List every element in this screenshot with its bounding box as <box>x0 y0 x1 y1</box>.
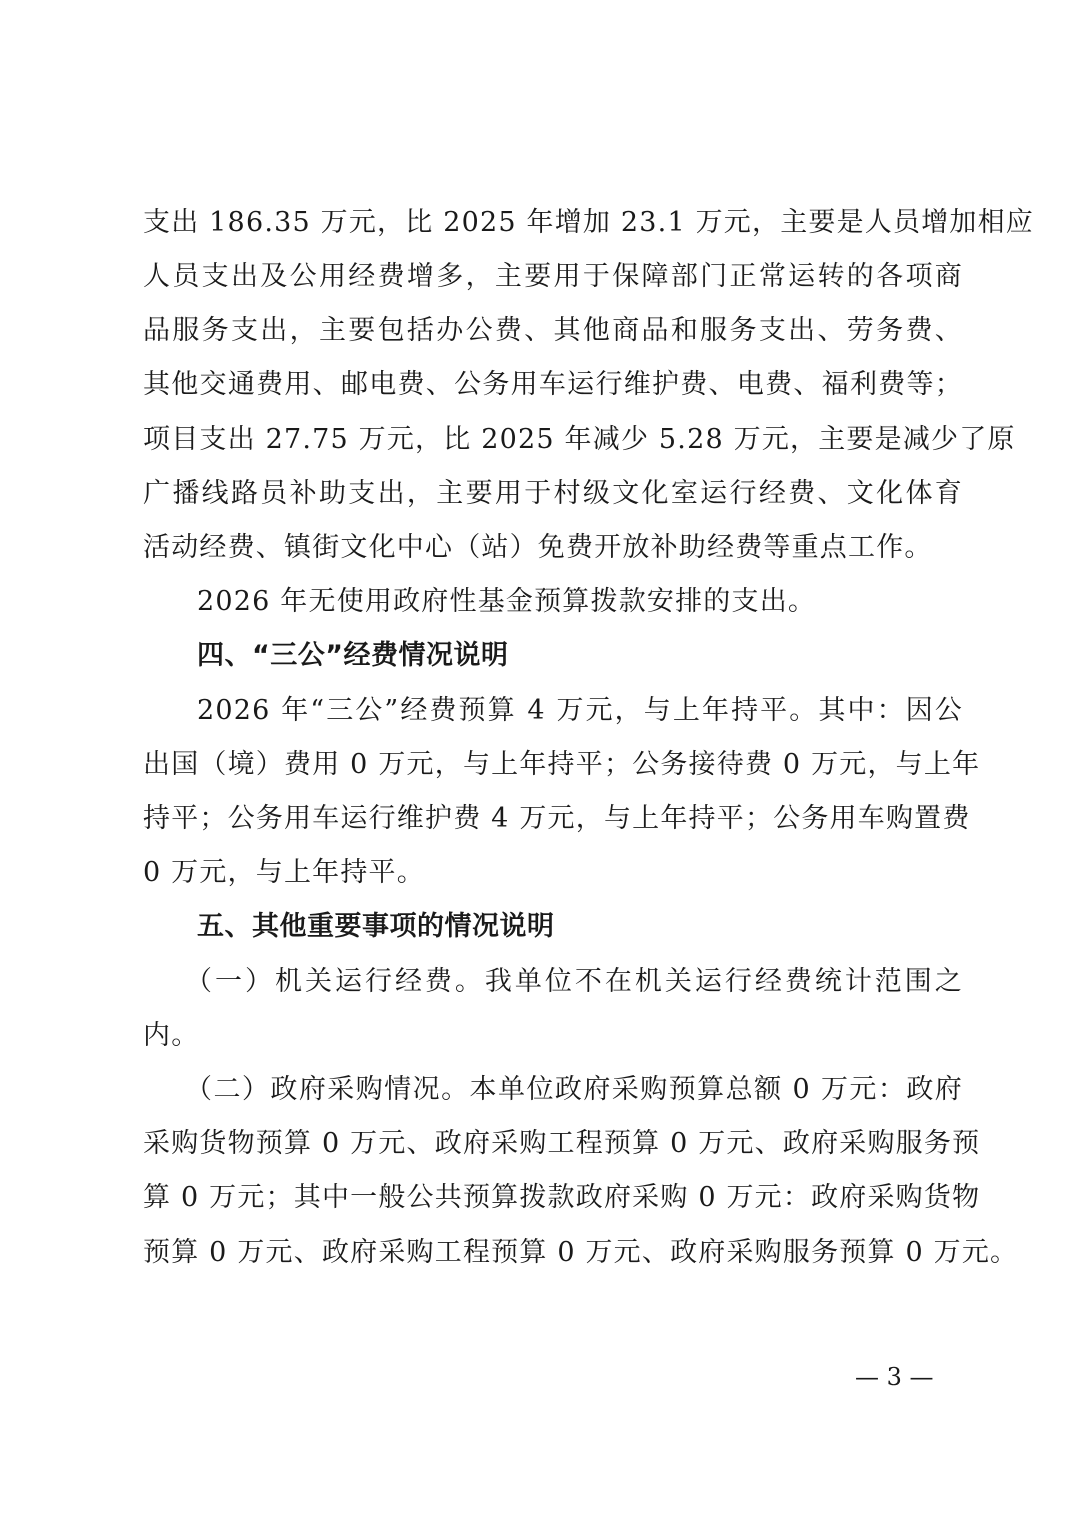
paragraph-government-fund: 2026 年无使用政府性基金预算拨款安排的支出。 <box>197 584 1017 620</box>
body-text-line: 其他交通费用、邮电费、公务用车运行维护费、电费、福利费等； <box>143 367 963 403</box>
body-text-line: 人员支出及公用经费增多，主要用于保障部门正常运转的各项商 <box>143 259 963 295</box>
body-text-line: 活动经费、镇街文化中心（站）免费开放补助经费等重点工作。 <box>143 530 963 566</box>
body-text-line: 出国（境）费用 0 万元，与上年持平；公务接待费 0 万元，与上年 <box>143 747 963 783</box>
section-heading-other-matters: 五、其他重要事项的情况说明 <box>197 909 1017 945</box>
body-text-line: 内。 <box>143 1018 963 1054</box>
body-text-line: 2026 年“三公”经费预算 4 万元，与上年持平。其中：因公 <box>197 693 963 729</box>
body-text-line: 0 万元，与上年持平。 <box>143 855 963 891</box>
body-text-line: 预算 0 万元、政府采购工程预算 0 万元、政府采购服务预算 0 万元。 <box>143 1235 963 1271</box>
body-text-line: 算 0 万元；其中一般公共预算拨款政府采购 0 万元：政府采购货物 <box>143 1180 963 1216</box>
page-number: — 3 — <box>855 1362 934 1392</box>
body-text-line: 持平；公务用车运行维护费 4 万元，与上年持平；公务用车购置费 <box>143 801 963 837</box>
document-page: 支出 186.35 万元，比 2025 年增加 23.1 万元，主要是人员增加相… <box>0 0 1074 1520</box>
body-text-line: 采购货物预算 0 万元、政府采购工程预算 0 万元、政府采购服务预 <box>143 1126 963 1162</box>
body-text-line: 项目支出 27.75 万元，比 2025 年减少 5.28 万元，主要是减少了原 <box>143 422 963 458</box>
body-text-line: 广播线路员补助支出，主要用于村级文化室运行经费、文化体育 <box>143 476 963 512</box>
body-text-line: 品服务支出，主要包括办公费、其他商品和服务支出、劳务费、 <box>143 313 963 349</box>
section-heading-three-public: 四、“三公”经费情况说明 <box>197 638 1017 674</box>
body-text-line: （一）机关运行经费。我单位不在机关运行经费统计范围之 <box>185 964 963 1000</box>
body-text-line: 支出 186.35 万元，比 2025 年增加 23.1 万元，主要是人员增加相… <box>143 205 963 241</box>
body-text-line: （二）政府采购情况。本单位政府采购预算总额 0 万元：政府 <box>185 1072 963 1108</box>
